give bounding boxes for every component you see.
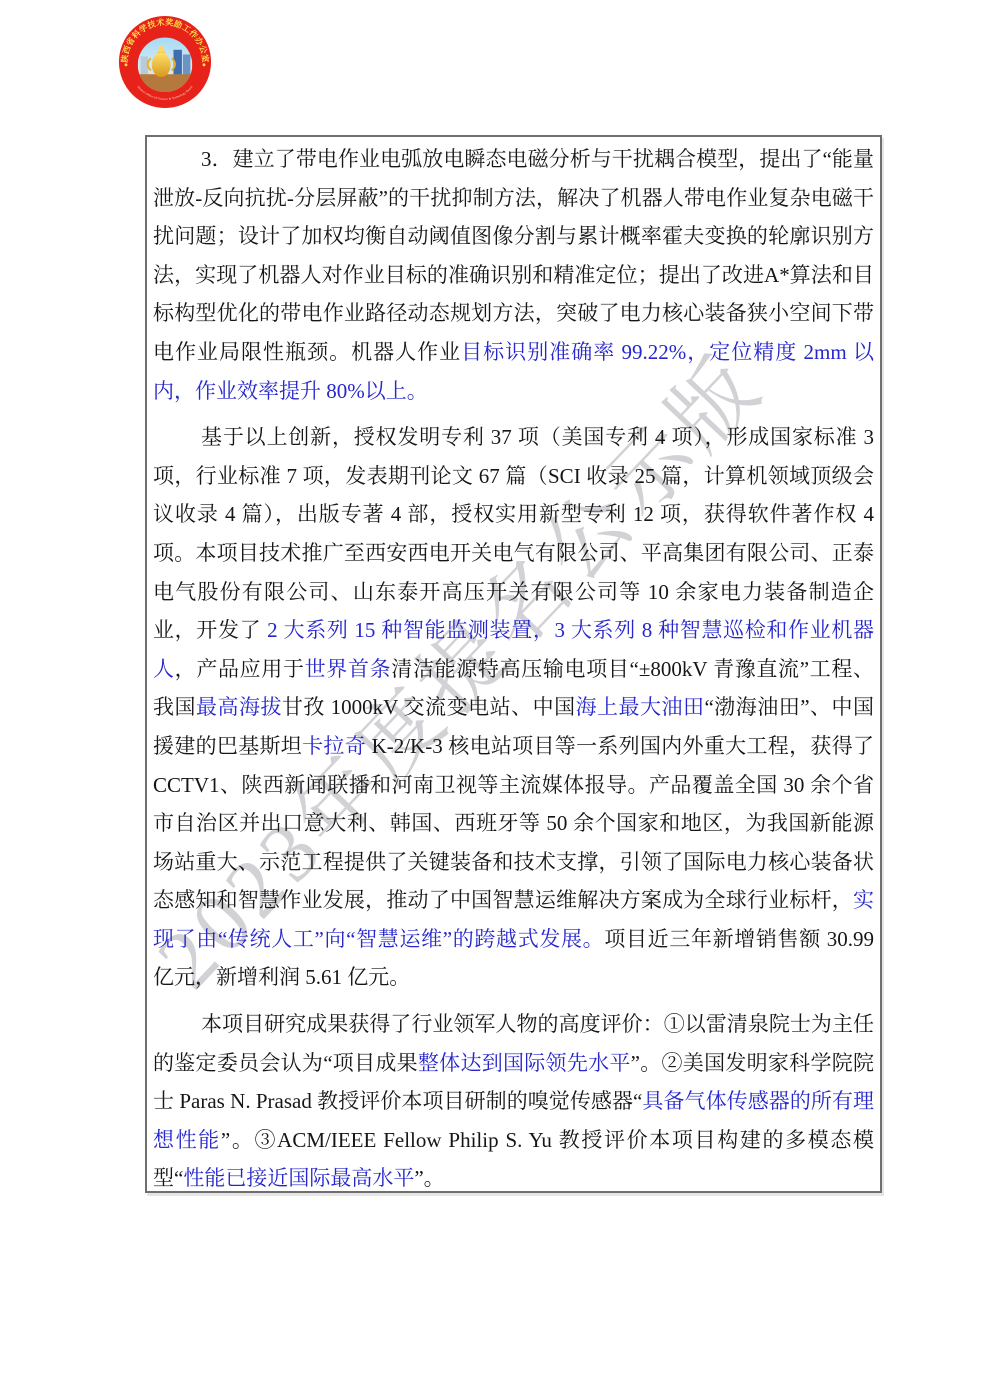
text-segment: 基于以上创新，授权发明专利 37 项（美国专利 4 项），形成国家标准 3 项，… [153,425,874,642]
paragraph-1: 3．建立了带电作业电弧放电瞬态电磁分析与干扰耦合模型，提出了“能量泄放-反向抗扰… [153,140,874,410]
highlighted-text: 最高海拔 [196,695,282,719]
highlighted-text: 海上最大油田 [576,695,705,719]
document-body: 3．建立了带电作业电弧放电瞬态电磁分析与干扰耦合模型，提出了“能量泄放-反向抗扰… [153,140,874,1198]
text-segment: ，产品应用于 [175,657,305,681]
highlighted-text: 卡拉奇 [302,734,366,758]
seal-photo [138,38,193,93]
document-page: 陕西省科学技术奖励工作办公室 Shaanxi Office Of Science… [0,0,990,1399]
text-segment: ”。 [414,1166,444,1190]
paragraph-2: 基于以上创新，授权发明专利 37 项（美国专利 4 项），形成国家标准 3 项，… [153,418,874,997]
award-office-seal: 陕西省科学技术奖励工作办公室 Shaanxi Office Of Science… [118,15,212,109]
seal-star-right [203,63,206,66]
highlighted-text: 世界首条 [305,657,392,681]
seal-star-left [125,63,128,66]
text-segment: K-2/K-3 核电站项目等一系列国内外重大工程，获得了 CCTV1、陕西新闻联… [153,734,874,912]
text-segment: 3．建立了带电作业电弧放电瞬态电磁分析与干扰耦合模型，提出了“能量泄放-反向抗扰… [153,147,874,364]
highlighted-text: 整体达到国际领先水平 [418,1051,631,1075]
paragraph-3: 本项目研究成果获得了行业领军人物的高度评价：①以雷清泉院士为主任的鉴定委员会认为… [153,1005,874,1198]
highlighted-text: 性能已接近国际最高水平 [183,1166,414,1190]
seal-graphic: 陕西省科学技术奖励工作办公室 Shaanxi Office Of Science… [118,15,212,109]
trophy-icon [152,53,171,77]
content-box: 3．建立了带电作业电弧放电瞬态电磁分析与干扰耦合模型，提出了“能量泄放-反向抗扰… [145,135,882,1193]
text-segment: 甘孜 1000kV 交流变电站、中国 [282,695,576,719]
